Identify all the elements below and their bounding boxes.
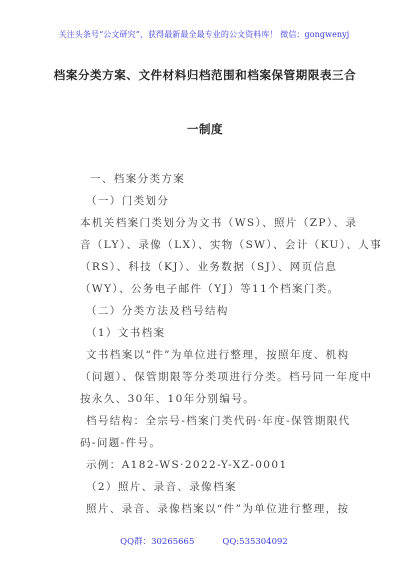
paragraph-line: 按永久、30年、10年分别编号。 bbox=[80, 391, 255, 406]
qq-text: QQ:535304092 bbox=[222, 537, 287, 547]
footer-contact: QQ群：30265665QQ:535304092 bbox=[0, 535, 408, 547]
header-promo-text: 关注头条号“公文研究”，获得最新最全最专业的公文资料库！ 微信：gongweny… bbox=[0, 29, 408, 40]
paragraph-line: 音（LY）、录像（LX）、实物（SW）、会计（KU）、人事 bbox=[80, 237, 382, 252]
section-heading-classification-scheme: 一、档案分类方案 bbox=[90, 171, 185, 186]
paragraph-line: 档号结构：全宗号-档案门类代码·年度-保管期限代 bbox=[86, 413, 351, 428]
paragraph-line: 本机关档案门类划分为文书（WS）、照片（ZP）、录 bbox=[80, 215, 357, 230]
document-title-line-2: 一制度 bbox=[30, 121, 380, 137]
paragraph-line: 码-问题-件号。 bbox=[80, 435, 161, 450]
qq-group-text: QQ群：30265665 bbox=[120, 535, 194, 547]
item-heading-photo-audio-video: （2）照片、录音、录像档案 bbox=[86, 479, 237, 494]
paragraph-line: 照片、录音、录像档案以“件”为单位进行整理，按 bbox=[86, 501, 349, 516]
paragraph-line: （WY）、公务电子邮件（YJ）等11个档案门类。 bbox=[80, 281, 340, 296]
subsection-heading-classification-method: （二）分类方法及档号结构 bbox=[86, 303, 229, 318]
item-heading-document-archives: （1）文书档案 bbox=[86, 325, 165, 340]
example-line: 示例：A182-WS·2022-Y-XZ-0001 bbox=[86, 457, 288, 472]
paragraph-line: （RS）、科技（KJ）、业务数据（SJ）、网页信息 bbox=[80, 259, 337, 274]
paragraph-line: （问题）、保管期限等分类项进行分类。档号同一年度中 bbox=[80, 369, 372, 384]
paragraph-line: 文书档案以“件”为单位进行整理，按照年度、机构 bbox=[86, 347, 349, 362]
subsection-heading-category-division: （一）门类划分 bbox=[86, 193, 169, 208]
document-title-line-1: 档案分类方案、文件材料归档范围和档案保管期限表三合 bbox=[30, 67, 380, 83]
